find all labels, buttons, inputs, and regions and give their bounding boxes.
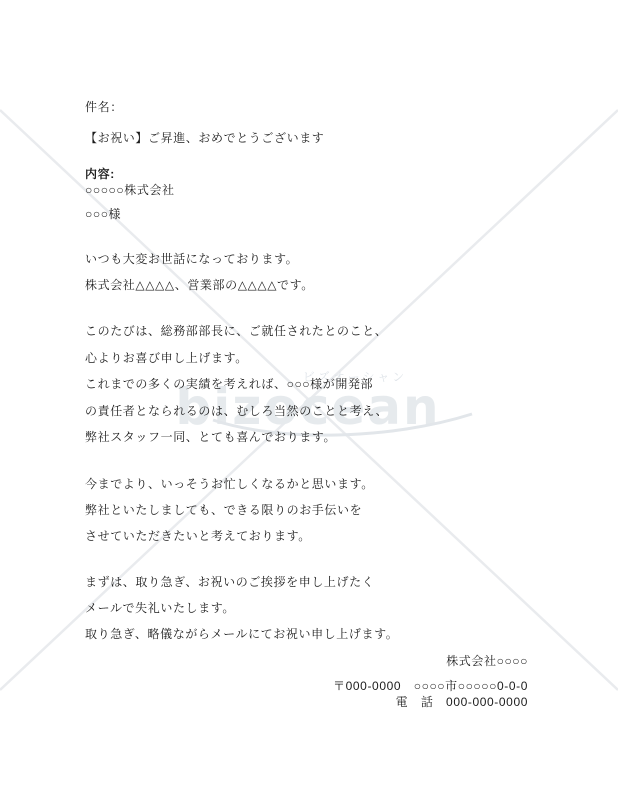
subject-text: 【お祝い】ご昇進、おめでとうございます (85, 131, 324, 145)
greeting-line: いつも大変お世話になっております。 (85, 252, 298, 266)
body-line: 取り急ぎ、略儀ながらメールにてお祝い申し上げます。 (85, 627, 398, 641)
body-line: これまでの多くの実績を考えれば、○○○様が開発部 (85, 377, 373, 391)
body-line: このたびは、総務部部長に、ご就任されたとのこと、 (85, 324, 387, 338)
recipient-company: ○○○○○株式会社 (85, 183, 175, 197)
body-line: まずは、取り急ぎ、お祝いのご挨拶を申し上げたく (85, 575, 374, 589)
recipient-name: ○○○様 (85, 207, 121, 221)
signature-address: 〒000-0000 ○○○○市○○○○○0-0-0 (333, 679, 528, 693)
body-line: 心よりお喜び申し上げます。 (85, 351, 248, 365)
signature-company: 株式会社○○○○ (446, 654, 528, 668)
body-line: させていただきたいと考えております。 (85, 529, 311, 543)
body-line: 弊社スタッフ一同、とても喜んでおります。 (85, 430, 336, 444)
letter-page: bizocean ビズオーシャン 件名： 【お祝い】ご昇進、おめでとうございます… (0, 0, 618, 800)
content-label: 内容: (85, 167, 115, 181)
body-line: 弊社といたしましても、できる限りのお手伝いを (85, 503, 362, 517)
body-line: の責任者となられるのは、むしろ当然のことと考え、 (85, 404, 388, 418)
signature-phone: 電 話 000-000-0000 (396, 695, 528, 709)
greeting-line: 株式会社△△△△、営業部の△△△△です。 (85, 278, 314, 292)
body-line: メールで失礼いたします。 (85, 601, 235, 615)
subject-label: 件名： (85, 100, 123, 114)
body-line: 今までより、いっそうお忙しくなるかと思います。 (85, 477, 374, 491)
